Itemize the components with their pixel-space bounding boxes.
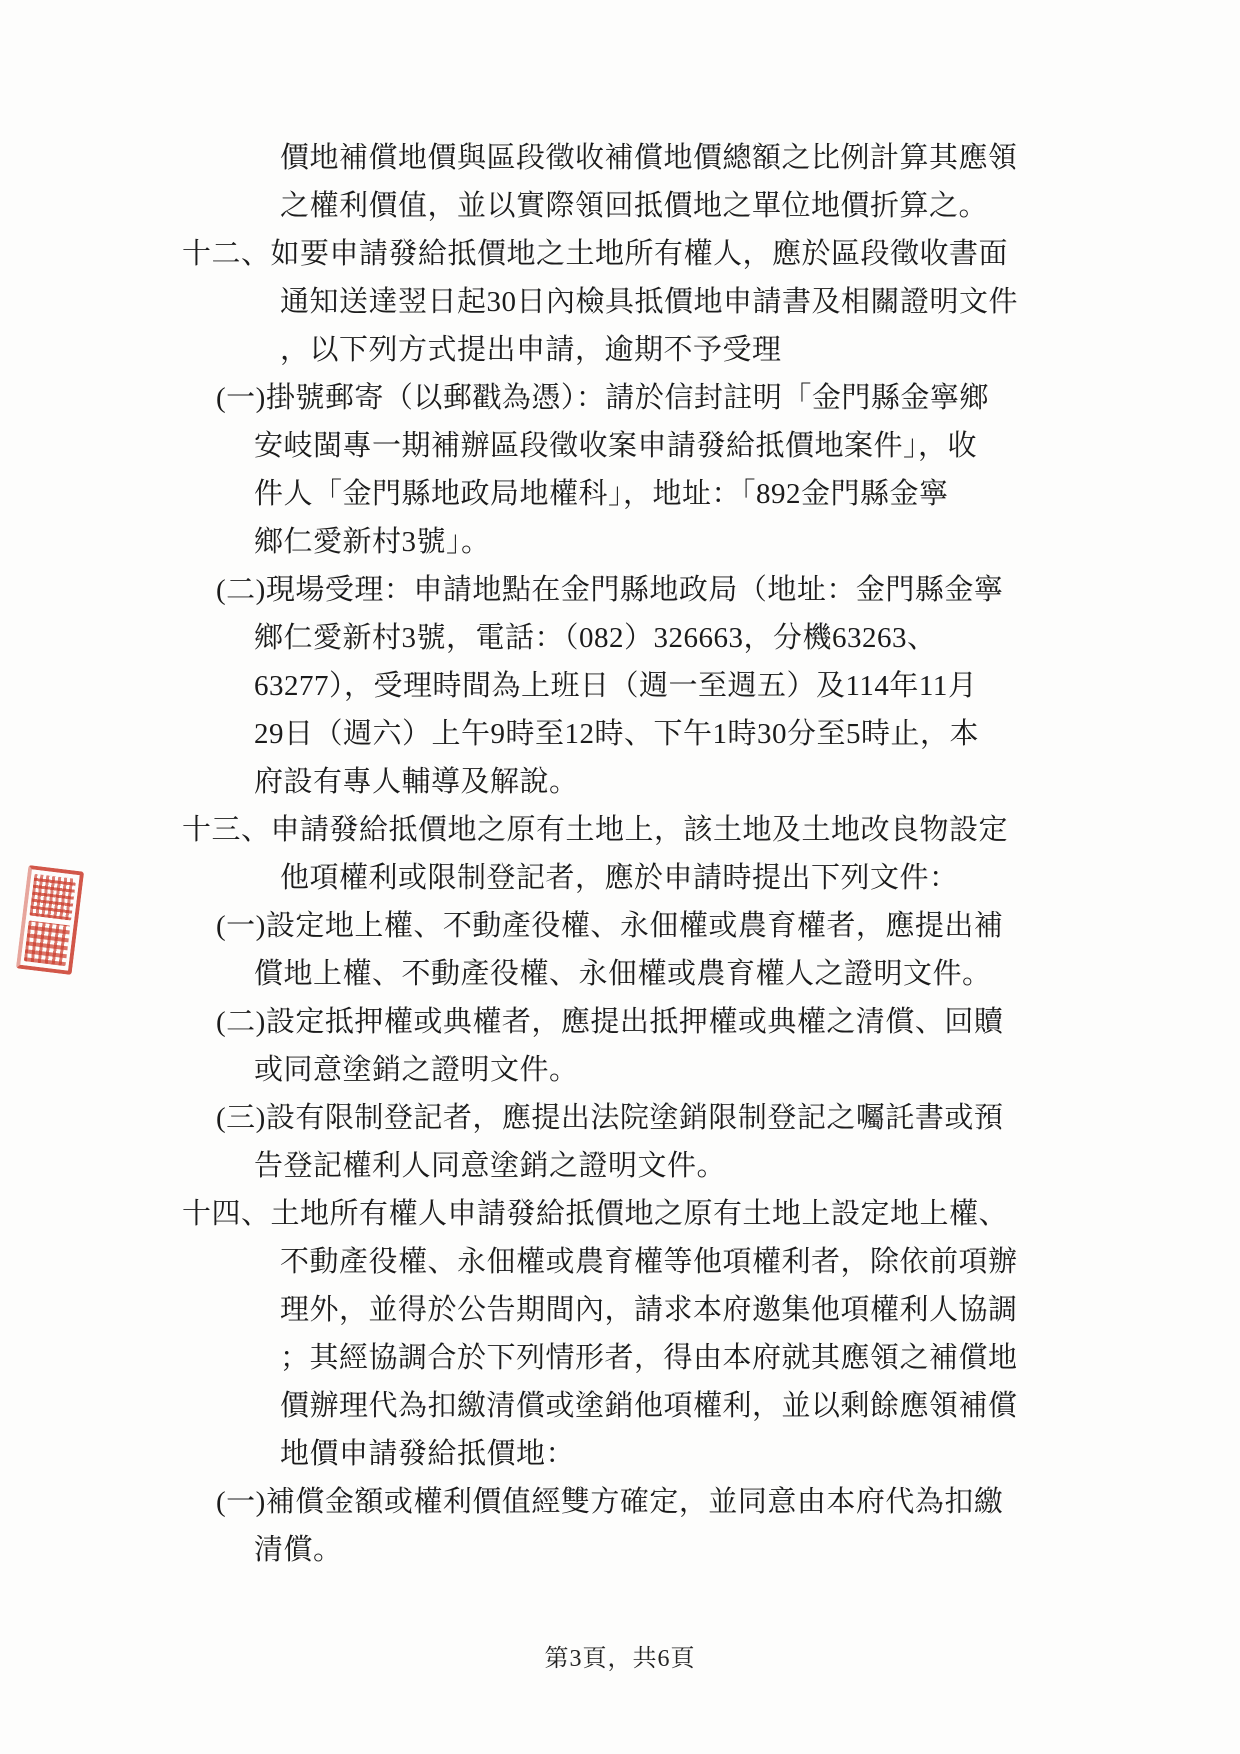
text-line: 不動產役權、永佃權或農育權等他項權利者，除依前項辦 — [280, 1238, 1062, 1286]
text-line: 價辦理代為扣繳清償或塗銷他項權利，並以剩餘應領補償 — [280, 1382, 1062, 1430]
text-line: 府設有專人輔導及解說。 — [254, 758, 1062, 806]
text-line: 鄉仁愛新村3號」。 — [254, 518, 1062, 566]
seal-glyph-top — [29, 874, 76, 920]
list-item-2: (二)現場受理：申請地點在金門縣地政局（地址：金門縣金寧 — [216, 566, 1062, 614]
text-line: 或同意塗銷之證明文件。 — [254, 1046, 1062, 1094]
list-item-3: (三)設有限制登記者，應提出法院塗銷限制登記之囑託書或預 — [216, 1094, 1062, 1142]
text-line: 鄉仁愛新村3號，電話：（082）326663，分機63263、 — [254, 614, 1062, 662]
document-body: 價地補償地價與區段徵收補償地價總額之比例計算其應領 之權利價值，並以實際領回抵價… — [182, 134, 1062, 1574]
section-heading-14: 十四、土地所有權人申請發給抵價地之原有土地上設定地上權、 — [182, 1190, 1062, 1238]
text-line: 安岐閩專一期補辦區段徵收案申請發給抵價地案件」，收 — [254, 422, 1062, 470]
text-line: ，以下列方式提出申請，逾期不予受理 — [280, 326, 1062, 374]
text-line: 地價申請發給抵價地： — [280, 1430, 1062, 1478]
text-line: 價地補償地價與區段徵收補償地價總額之比例計算其應領 — [280, 134, 1062, 182]
text-line: 理外，並得於公告期間內，請求本府邀集他項權利人協調 — [280, 1286, 1062, 1334]
section-heading-12: 十二、如要申請發給抵價地之土地所有權人，應於區段徵收書面 — [182, 230, 1062, 278]
list-item-1: (一)設定地上權、不動產役權、永佃權或農育權者，應提出補 — [216, 902, 1062, 950]
text-line: 通知送達翌日起30日內檢具抵價地申請書及相關證明文件 — [280, 278, 1062, 326]
list-item-1: (一)補償金額或權利價值經雙方確定，並同意由本府代為扣繳 — [216, 1478, 1062, 1526]
text-line: 之權利價值，並以實際領回抵價地之單位地價折算之。 — [280, 182, 1062, 230]
text-line: 29日（週六）上午9時至12時、下午1時30分至5時止，本 — [254, 710, 1062, 758]
text-line: 償地上權、不動產役權、永佃權或農育權人之證明文件。 — [254, 950, 1062, 998]
text-line: 件人「金門縣地政局地權科」，地址：「892金門縣金寧 — [254, 470, 1062, 518]
text-line: 告登記權利人同意塗銷之證明文件。 — [254, 1142, 1062, 1190]
seal-glyph-bottom — [24, 920, 71, 966]
official-red-seal-stamp — [16, 865, 84, 975]
text-line: 他項權利或限制登記者，應於申請時提出下列文件： — [280, 854, 1062, 902]
page-number: 第3頁，共6頁 — [0, 1638, 1240, 1673]
text-line: 63277），受理時間為上班日（週一至週五）及114年11月 — [254, 662, 1062, 710]
list-item-2: (二)設定抵押權或典權者，應提出抵押權或典權之清償、回贖 — [216, 998, 1062, 1046]
scanned-document-page: 價地補償地價與區段徵收補償地價總額之比例計算其應領 之權利價值，並以實際領回抵價… — [0, 0, 1240, 1754]
section-heading-13: 十三、申請發給抵價地之原有土地上，該土地及土地改良物設定 — [182, 806, 1062, 854]
text-line: ；其經協調合於下列情形者，得由本府就其應領之補償地 — [280, 1334, 1062, 1382]
list-item-1: (一)掛號郵寄（以郵戳為憑）：請於信封註明「金門縣金寧鄉 — [216, 374, 1062, 422]
text-line: 清償。 — [254, 1526, 1062, 1574]
